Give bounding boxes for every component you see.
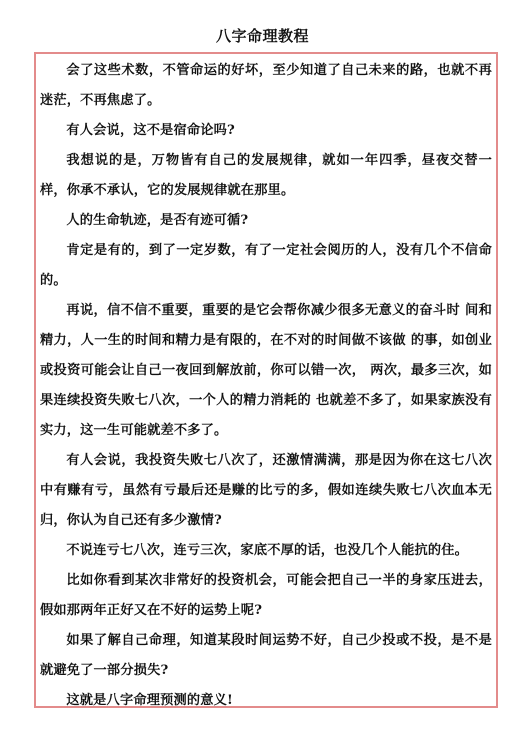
paragraph-3: 我想说的是，万物皆有自己的发展规律，就如一年四季，昼夜交替一样，你承不承认，它的… bbox=[40, 146, 492, 206]
paragraph-6: 再说，信不信不重要，重要的是它会帮你减少很多无意义的奋斗时 间和精力，人一生的时… bbox=[40, 296, 492, 446]
page-title: 八字命理教程 bbox=[0, 26, 525, 46]
paragraph-10: 如果了解自己命理，知道某段时间运势不好，自己少投或不投，是不是就避免了一部分损失… bbox=[40, 626, 492, 686]
paragraph-4: 人的生命轨迹，是否有迹可循? bbox=[40, 206, 492, 236]
paragraph-9: 比如你看到某次非常好的投资机会，可能会把自己一半的身家压进去，假如那两年正好又在… bbox=[40, 566, 492, 626]
content-frame: 会了这些术数，不管命运的好坏，至少知道了自己未来的路，也就不再迷茫，不再焦虑了。… bbox=[34, 52, 498, 708]
paragraph-5: 肯定是有的，到了一定岁数，有了一定社会阅历的人，没有几个不信命的。 bbox=[40, 236, 492, 296]
content-body: 会了这些术数，不管命运的好坏，至少知道了自己未来的路，也就不再迷茫，不再焦虑了。… bbox=[40, 56, 492, 716]
paragraph-1: 会了这些术数，不管命运的好坏，至少知道了自己未来的路，也就不再迷茫，不再焦虑了。 bbox=[40, 56, 492, 116]
paragraph-11: 这就是八字命理预测的意义! bbox=[40, 686, 492, 716]
paragraph-2: 有人会说，这不是宿命论吗? bbox=[40, 116, 492, 146]
paragraph-7: 有人会说，我投资失败七八次了，还激情满满，那是因为你在这七八次中有赚有亏，虽然有… bbox=[40, 446, 492, 536]
paragraph-8: 不说连亏七八次，连亏三次，家底不厚的话，也没几个人能抗的住。 bbox=[40, 536, 492, 566]
